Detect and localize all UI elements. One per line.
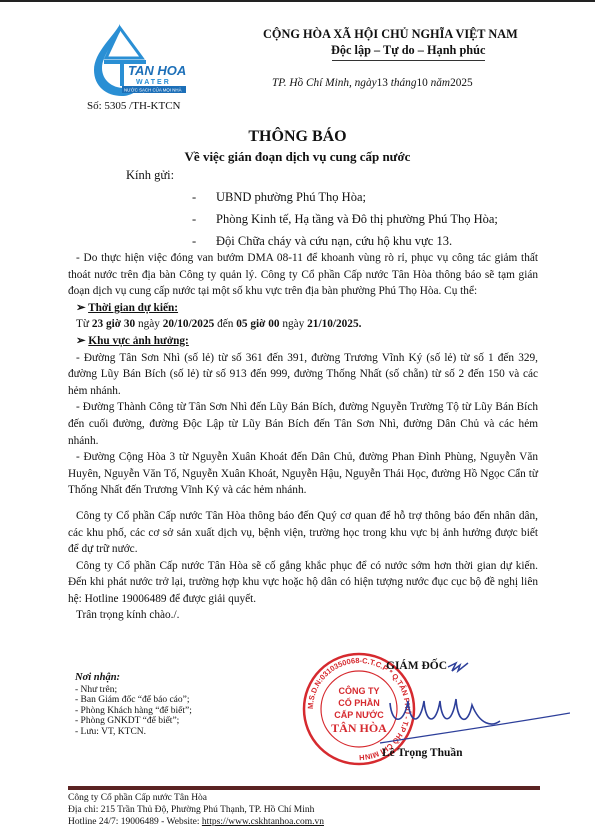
distribution-heading: Nơi nhận: [75,673,192,684]
document-number: Số: 5305 /TH-KTCN [87,100,181,112]
date-line: TP. Hồ Chí Minh, ngày13 tháng10 năm2025 [272,77,473,89]
national-title: CỘNG HÒA XÃ HỘI CHỦ NGHĨA VIỆT NAM [263,27,518,42]
distribution-item: - Ban Giám đốc “để báo cáo”; [75,695,192,706]
footer: Công ty Cổ phần Cấp nước Tân Hòa Địa chỉ… [68,792,324,828]
distribution-item: - Phòng GNKDT “để biết”; [75,716,192,727]
date-year-label: năm [431,77,450,89]
date-place: TP. Hồ Chí Minh, ngày [272,77,377,89]
area-item: - Đường Cộng Hòa 3 từ Nguyễn Xuân Khoát … [68,449,538,499]
distribution-item: - Như trên; [75,685,192,696]
document-subtitle: Về việc gián đoạn dịch vụ cung cấp nước [0,149,595,165]
area-item: - Đường Tân Sơn Nhì (số lẻ) từ số 361 đế… [68,350,538,400]
date-month-label: tháng [391,77,417,89]
commitment-paragraph: Công ty Cổ phần Cấp nước Tân Hòa sẽ cố g… [68,558,538,608]
distribution-item: - Lưu: VT, KTCN. [75,727,192,738]
greeting: Kính gửi: [126,168,174,183]
date-day: 13 [377,77,388,89]
recipient-item: -UBND phường Phú Thọ Hòa; [192,190,498,212]
motto-underline [332,60,485,61]
time-range: Từ 23 giờ 30 ngày 20/10/2025 đến 05 giờ … [68,316,538,333]
footer-company: Công ty Cổ phần Cấp nước Tân Hòa [68,792,324,804]
document-body: - Do thực hiện việc đóng van bướm DMA 08… [68,250,538,624]
distribution-item: - Phòng Khách hàng “để biết”; [75,706,192,717]
date-month: 10 [416,77,427,89]
area-item: - Đường Thành Công từ Tân Sơn Nhì đến Lũ… [68,399,538,449]
company-logo-icon: TAN HOA WATER NƯỚC SẠCH CỦA MỌI NHÀ [84,18,194,98]
notice-paragraph: Công ty Cổ phần Cấp nước Tân Hòa thông b… [68,508,538,558]
national-motto: Độc lập – Tự do – Hạnh phúc [331,43,485,58]
area-heading: ➢ Khu vực ảnh hưởng: [68,333,538,350]
time-heading: ➢ Thời gian dự kiến: [68,300,538,317]
website-link[interactable]: https://www.cskhtanhoa.com.vn [202,817,324,827]
document-title: THÔNG BÁO [0,128,595,146]
closing-line: Trân trọng kính chào./. [68,607,538,624]
svg-text:NƯỚC SẠCH CỦA MỌI NHÀ: NƯỚC SẠCH CỦA MỌI NHÀ [124,88,182,93]
recipient-list: -UBND phường Phú Thọ Hòa; -Phòng Kinh tế… [192,190,498,256]
svg-text:TAN HOA: TAN HOA [128,63,186,78]
svg-text:WATER: WATER [136,79,171,86]
date-year: 2025 [450,77,473,89]
distribution-list: Nơi nhận: - Như trên; - Ban Giám đốc “để… [75,673,192,737]
footer-contact: Hotline 24/7: 19006489 - Website: https:… [68,816,324,828]
recipient-item: -Phòng Kinh tế, Hạ tầng và Đô thị phường… [192,212,498,234]
footer-address: Địa chỉ: 215 Trần Thủ Độ, Phường Phú Thạ… [68,804,324,816]
signer-name: Lê Trọng Thuần [382,747,463,759]
intro-paragraph: - Do thực hiện việc đóng van bướm DMA 08… [68,250,538,300]
footer-divider [68,786,540,790]
top-border [0,0,595,2]
handwritten-signature-icon [370,655,570,755]
